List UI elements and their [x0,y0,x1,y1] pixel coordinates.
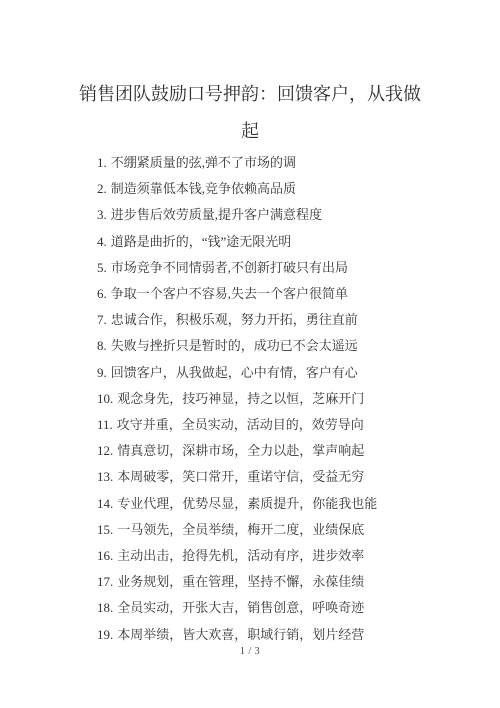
item-text: 攻守并重，全员实动，活动目的，效劳导向 [117,417,364,432]
item-number: 11. [97,412,113,438]
item-number: 10. [97,386,113,412]
slogan-item: 17.业务规划，重在管理，坚持不懈，永葆佳绩 [97,569,500,595]
slogan-item: 14.专业代理，优势尽显，素质提升，你能我也能 [97,491,500,517]
item-number: 7. [97,307,107,333]
item-number: 13. [97,464,113,490]
item-text: 情真意切，深耕市场，全力以赴，掌声响起 [117,443,364,458]
slogan-item: 16.主动出击，抢得先机，活动有序，进步效率 [97,543,500,569]
item-text: 市场竞争不同情弱者,不创新打破只有出局 [111,260,348,275]
item-text: 一马领先，全员举绩，梅开二度，业绩保底 [117,522,364,537]
item-text: 本周破零，笑口常开，重诺守信，受益无穷 [117,469,364,484]
slogan-item: 6.争取一个客户不容易,失去一个客户很简单 [97,281,500,307]
slogan-item: 11.攻守并重，全员实动，活动目的，效劳导向 [97,412,500,438]
item-number: 15. [97,517,113,543]
item-number: 17. [97,569,113,595]
item-text: 争取一个客户不容易,失去一个客户很简单 [111,286,348,301]
item-text: 本周举绩，皆大欢喜，职域行销，划片经营 [117,627,364,642]
item-number: 3. [97,202,107,228]
slogan-item: 19.本周举绩，皆大欢喜，职域行销，划片经营 [97,622,500,648]
slogan-item: 4.道路是曲折的，“钱”途无限光明 [97,229,500,255]
slogan-item: 10.观念身先，技巧神显，持之以恒，芝麻开门 [97,386,500,412]
item-text: 道路是曲折的，“钱”途无限光明 [111,234,292,249]
slogan-item: 12.情真意切，深耕市场，全力以赴，掌声响起 [97,438,500,464]
item-number: 9. [97,360,107,386]
slogan-item: 13.本周破零，笑口常开，重诺守信，受益无穷 [97,464,500,490]
slogan-item: 2.制造须靠低本钱,竞争依赖高品质 [97,176,500,202]
item-text: 不绷紧质量的弦,弹不了市场的调 [111,155,296,170]
item-text: 忠诚合作，积极乐观，努力开拓，勇往直前 [111,312,358,327]
page-number: 1 / 3 [0,645,500,659]
slogan-list: 1.不绷紧质量的弦,弹不了市场的调 2.制造须靠低本钱,竞争依赖高品质 3.进步… [97,150,500,648]
item-number: 12. [97,438,113,464]
item-number: 8. [97,333,107,359]
item-text: 主动出击，抢得先机，活动有序，进步效率 [117,548,364,563]
item-text: 专业代理，优势尽显，素质提升，你能我也能 [117,496,377,511]
item-number: 6. [97,281,107,307]
item-text: 进步售后效劳质量,提升客户满意程度 [111,207,322,222]
item-number: 18. [97,595,113,621]
item-number: 2. [97,176,107,202]
slogan-item: 5.市场竞争不同情弱者,不创新打破只有出局 [97,255,500,281]
slogan-item: 7.忠诚合作，积极乐观，努力开拓，勇往直前 [97,307,500,333]
item-number: 4. [97,229,107,255]
item-text: 失败与挫折只是暂时的，成功已不会太遥远 [111,338,358,353]
item-number: 5. [97,255,107,281]
item-number: 16. [97,543,113,569]
document-page: 销售团队鼓励口号押韵：回馈客户，从我做起 1.不绷紧质量的弦,弹不了市场的调 2… [0,0,500,708]
item-text: 业务规划，重在管理，坚持不懈，永葆佳绩 [117,574,364,589]
item-number: 1. [97,150,107,176]
slogan-item: 15.一马领先，全员举绩，梅开二度，业绩保底 [97,517,500,543]
item-text: 全员实动，开张大吉，销售创意，呼唤奇迹 [117,600,364,615]
item-number: 14. [97,491,113,517]
item-text: 观念身先，技巧神显，持之以恒，芝麻开门 [117,391,364,406]
item-text: 回馈客户，从我做起，心中有情，客户有心 [111,365,358,380]
slogan-item: 3.进步售后效劳质量,提升客户满意程度 [97,202,500,228]
slogan-item: 8.失败与挫折只是暂时的，成功已不会太遥远 [97,333,500,359]
item-number: 19. [97,622,113,648]
slogan-item: 9.回馈客户，从我做起，心中有情，客户有心 [97,360,500,386]
slogan-item: 1.不绷紧质量的弦,弹不了市场的调 [97,150,500,176]
item-text: 制造须靠低本钱,竞争依赖高品质 [111,181,296,196]
slogan-item: 18.全员实动，开张大吉，销售创意，呼唤奇迹 [97,595,500,621]
page-title: 销售团队鼓励口号押韵：回馈客户，从我做起 [74,76,426,150]
